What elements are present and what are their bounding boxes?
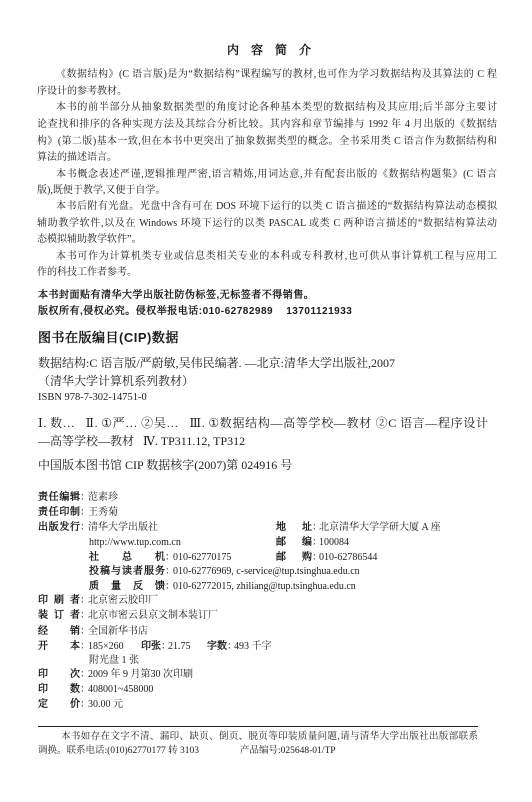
value: 范素珍 [88, 491, 118, 505]
colophon-row-price: 定价 ： 30.00 元 [0, 698, 532, 712]
label: 出版发行 [38, 521, 80, 535]
anti-counterfeit-notice: 本书封面贴有清华大学出版社防伪标签,无标签者不得销售。 [38, 289, 314, 303]
value: 全国新华书店 [88, 625, 148, 639]
value: 30.00 元 [88, 698, 123, 712]
value: 010-62776969, c-service@tup.tsinghua.edu… [173, 565, 360, 579]
label: 印刷者 [38, 594, 80, 608]
value: 185×260 [88, 640, 124, 654]
intro-line: 序设计的参考教材。 [37, 85, 127, 99]
colophon-row-distributor: 经销 ： 全国新华书店 [0, 625, 532, 639]
value: 010-62772015, zhiliang@tup.tsinghua.edu.… [173, 580, 356, 594]
cip-line: 数据结构:C 语言版/严蔚敏,吴伟民编著. —北京:清华大学出版社,2007 [38, 355, 395, 371]
value: 北京清华大学学研大厦 A 座 [319, 521, 441, 535]
label: 印次 [38, 668, 80, 682]
value: 010-62770175 [173, 551, 231, 565]
label: 质量反馈 [89, 580, 165, 594]
intro-line: 本书可作为计算机类专业或信息类相关专业的本科或专科教材,也可供从事计算机工程与应… [56, 250, 497, 264]
colophon-row-attachment: 附光盘 1 张 [0, 654, 532, 668]
copyright-page: 内容简介 《数据结构》(C 语言版)是为“数据结构”课程编写的教材,也可作为学习… [0, 0, 532, 802]
website: http://www.tup.com.cn [89, 536, 181, 550]
cip-line: （清华大学计算机系列教材） [38, 373, 194, 389]
colophon-row-print-supervisor: 责任印制 ： 王秀菊 [0, 506, 532, 520]
label: 投稿与读者服务 [89, 565, 165, 579]
label: 开本 [38, 640, 80, 654]
intro-line: 版),既便于教学,又便于自学。 [37, 184, 165, 198]
page-title: 内容简介 [227, 44, 323, 56]
label: 印数 [38, 683, 80, 697]
value: 王秀菊 [88, 506, 118, 520]
intro-line: 论查找和排序的各种实现方法及其综合分析比较。其内容和章节编排与 1992 年 4… [37, 118, 497, 132]
label: 定价 [38, 698, 80, 712]
colophon-row-switchboard: 社总机 ： 010-62770175 邮购 ： 010-62786544 [0, 551, 532, 565]
label: 邮编 [276, 536, 312, 550]
footer-divider [38, 726, 478, 727]
value: 493 千字 [234, 640, 272, 654]
colophon-row-website: http://www.tup.com.cn 邮编 ： 100084 [0, 536, 532, 550]
contact-phone: 调换。联系电话:(010)62770177 转 3103 [38, 744, 199, 758]
label: 邮购 [276, 551, 312, 565]
colophon-row-printer: 印刷者 ： 北京密云胶印厂 [0, 594, 532, 608]
cip-approval: 中国版本图书馆 CIP 数据核字(2007)第 024916 号 [38, 457, 292, 473]
colophon-row-print-run: 印数 ： 408001~458000 [0, 683, 532, 697]
colophon-row-publisher: 出版发行 ： 清华大学出版社 地址 ： 北京清华大学学研大厦 A 座 [0, 521, 532, 535]
label: 责任编辑 [38, 491, 80, 505]
value: 010-62786544 [319, 551, 377, 565]
intro-line: 态模拟辅助教学软件”。 [37, 233, 141, 247]
value: 21.75 [168, 640, 191, 654]
label: 装订者 [38, 609, 80, 623]
intro-line: 本书后附有光盘。光盘中含有可在 DOS 环境下运行的以类 C 语言描述的“数据结… [56, 200, 497, 214]
label: 地址 [276, 521, 312, 535]
colophon-row-reader-service: 投稿与读者服务 ： 010-62776969, c-service@tup.ts… [0, 565, 532, 579]
quality-issue-notice: 本书如存在文字不清、漏印、缺页、倒页、脱页等印装质量问题,请与清华大学出版社出版… [61, 730, 478, 744]
label: 经销 [38, 625, 80, 639]
copyright-notice: 版权所有,侵权必究。侵权举报电话:010-62782989 1370112193… [38, 305, 352, 319]
value: 清华大学出版社 [88, 521, 158, 535]
value: 100084 [319, 536, 349, 550]
label: 社总机 [89, 551, 165, 565]
intro-line: 构》(第二版)基本一致,但在本书中更突出了抽象数据类型的概念。全书采用类 C 语… [37, 135, 497, 149]
intro-line: 算法的描述语言。 [37, 151, 117, 165]
product-code: 产品编号:025648-01/TP [240, 744, 336, 758]
label: 字数 [207, 640, 227, 654]
colophon-row-format: 开本 ： 185×260 印张 ： 21.75 字数 ： 493 千字 [0, 640, 532, 654]
value: 北京密云胶印厂 [88, 594, 158, 608]
intro-line: 《数据结构》(C 语言版)是为“数据结构”课程编写的教材,也可作为学习数据结构及… [56, 68, 497, 82]
isbn: ISBN 978-7-302-14751-0 [38, 390, 147, 406]
value: 附光盘 1 张 [89, 654, 139, 668]
value: 北京市密云县京文制本装订厂 [88, 609, 218, 623]
label: 印张 [141, 640, 161, 654]
intro-line: 作的科技工作者参考。 [37, 266, 137, 280]
value: 408001~458000 [88, 683, 153, 697]
cip-heading: 图书在版编目(CIP)数据 [38, 330, 179, 346]
intro-line: 本书概念表述严谨,逻辑推理严密,语言精炼,用词达意,并有配套出版的《数据结构题集… [56, 168, 497, 182]
label: 责任印制 [38, 506, 80, 520]
intro-line: 本书的前半部分从抽象数据类型的角度讨论各种基本类型的数据结构及其应用;后半部分主… [56, 101, 497, 115]
value: 2009 年 9 月第30 次印刷 [88, 668, 193, 682]
colophon-row-binder: 装订者 ： 北京市密云县京文制本装订厂 [0, 609, 532, 623]
colophon-row-editor: 责任编辑 ： 范素珍 [0, 491, 532, 505]
colophon-row-quality-feedback: 质量反馈 ： 010-62772015, zhiliang@tup.tsingh… [0, 580, 532, 594]
cip-classification: —高等学校—教材 Ⅳ. TP311.12, TP312 [38, 433, 245, 449]
cip-classification: Ⅰ. 数… Ⅱ. ①严… ②吴… Ⅲ. ①数据结构—高等学校—教材 ②C 语言—… [38, 415, 488, 431]
intro-line: 辅助教学软件,以及在 Windows 环境下运行的以类 PASCAL 或类 C … [37, 217, 497, 231]
colophon-row-impression: 印次 ： 2009 年 9 月第30 次印刷 [0, 668, 532, 682]
